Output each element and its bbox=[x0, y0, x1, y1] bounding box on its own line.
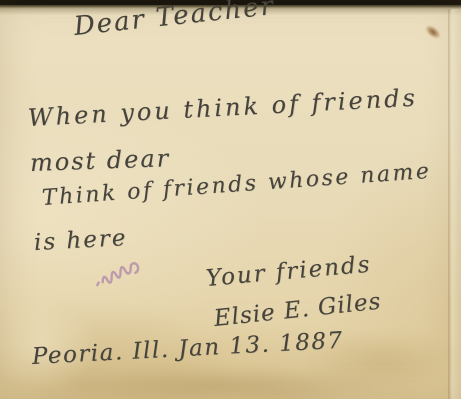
album-page: Dear Teacher When you think of friends m… bbox=[0, 0, 461, 399]
verse-line: When you think of friends bbox=[27, 84, 418, 132]
signature-text: Elsie E. Giles bbox=[213, 288, 383, 331]
stain-spot bbox=[423, 23, 443, 42]
verse-line: is here bbox=[33, 225, 128, 256]
ink-bleed-mark bbox=[87, 248, 150, 294]
verse-line: most dear bbox=[30, 144, 171, 177]
closing-text: Your friends bbox=[205, 252, 373, 292]
